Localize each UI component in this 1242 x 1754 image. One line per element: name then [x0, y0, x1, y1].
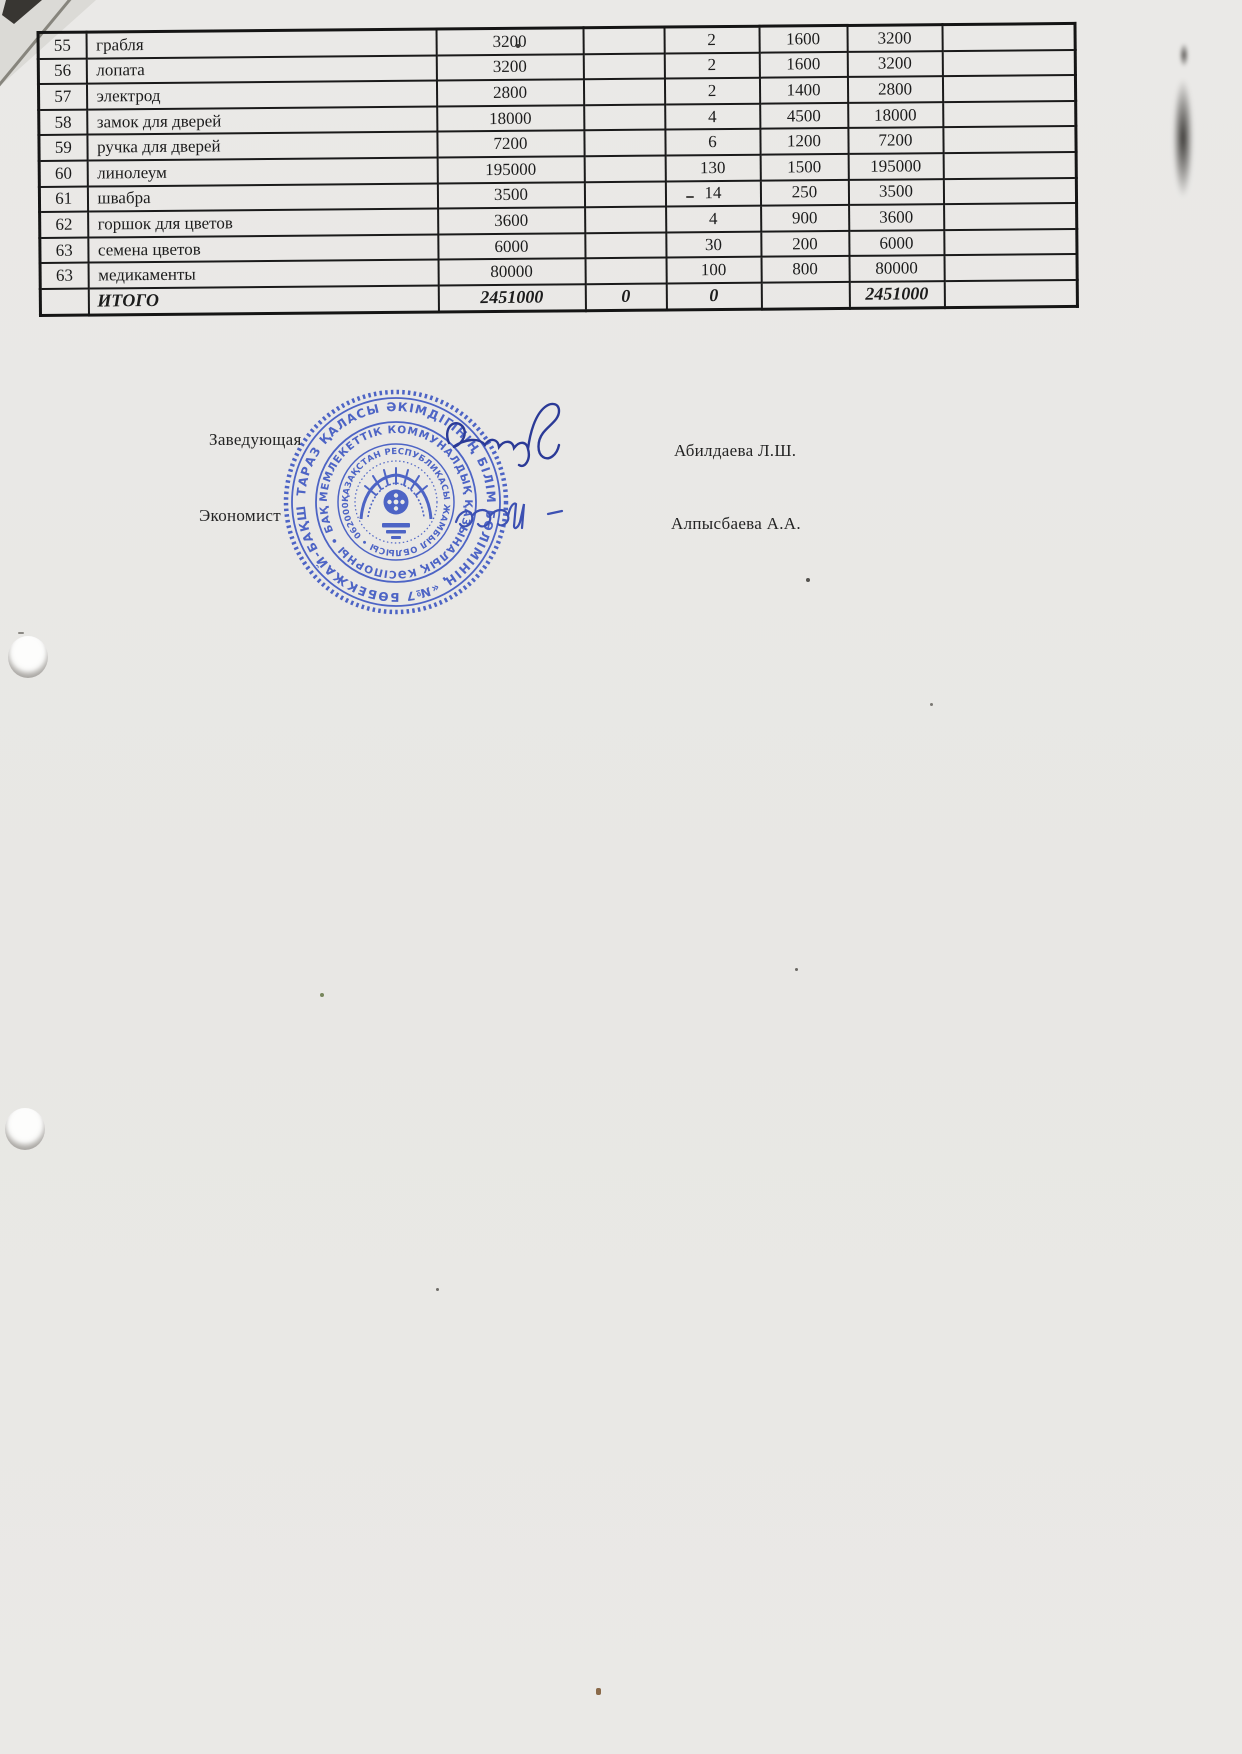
- cell-qty: 130: [665, 155, 760, 181]
- cell-total: 3200: [847, 25, 942, 52]
- cell-total: 18000: [848, 102, 943, 128]
- cell-last: [942, 75, 1075, 102]
- cell-sum: 3200: [436, 28, 583, 55]
- cell-total: 3200: [847, 51, 942, 77]
- cell-name: электрод: [86, 81, 436, 110]
- signer-name-economist: Алпысбаева А.А.: [671, 514, 801, 534]
- scan-speck: [795, 968, 798, 971]
- cell-num: 58: [39, 109, 87, 135]
- cell-num: 63: [40, 237, 88, 263]
- cell-num: 59: [39, 135, 87, 161]
- cell-last: [943, 178, 1076, 205]
- scan-speck: [806, 578, 810, 582]
- cell-blank: [585, 207, 666, 233]
- cell-name: семена цветов: [88, 234, 438, 263]
- cell-qty: 2: [664, 26, 759, 53]
- footer-cell-total: 2451000: [849, 281, 944, 308]
- cell-last: [943, 126, 1076, 153]
- cell-name: лопата: [86, 55, 436, 84]
- scanned-page: 55грабля320021600320056лопата32002160032…: [0, 0, 1242, 1754]
- scan-speck: [596, 1688, 601, 1695]
- cell-qty: 4: [665, 103, 760, 129]
- punch-hole-bottom: [5, 1108, 45, 1150]
- cell-price: 800: [761, 256, 849, 282]
- cell-blank: [584, 104, 665, 130]
- cell-last: [944, 203, 1077, 230]
- stamp-emblem: [361, 468, 431, 539]
- cell-num: 55: [38, 32, 86, 59]
- cell-name: замок для дверей: [87, 106, 437, 135]
- cell-blank: [585, 258, 666, 284]
- cell-last: [943, 101, 1076, 128]
- scan-speck: [436, 1288, 439, 1291]
- cell-sum: 3500: [437, 182, 584, 209]
- scan-speck: [686, 196, 694, 198]
- cell-qty: 100: [666, 257, 761, 283]
- inventory-table: 55грабля320021600320056лопата32002160032…: [37, 22, 1079, 317]
- cell-qty: 2: [664, 78, 759, 104]
- cell-blank: [584, 181, 665, 207]
- cell-blank: [584, 155, 665, 181]
- cell-price: 1600: [759, 52, 847, 78]
- footer-label: ИТОГО: [88, 285, 438, 314]
- footer-cell-last: [944, 280, 1077, 307]
- cell-sum: 6000: [438, 233, 585, 260]
- signature-economist: [448, 482, 570, 540]
- cell-last: [944, 229, 1077, 256]
- cell-price: 900: [761, 205, 849, 231]
- cell-total: 2800: [847, 76, 942, 102]
- footer-cell-price: [761, 282, 849, 309]
- cell-price: 250: [760, 179, 848, 205]
- cell-sum: 3600: [438, 207, 585, 234]
- cell-total: 195000: [848, 153, 943, 179]
- cell-blank: [583, 53, 664, 79]
- cell-num: 62: [40, 212, 88, 238]
- signer-name-head: Абилдаева Л.Ш.: [674, 441, 796, 461]
- cell-name: медикаменты: [88, 260, 438, 289]
- cell-price: 1500: [760, 154, 848, 180]
- signer-title-economist: Экономист: [199, 506, 281, 526]
- cell-sum: 2800: [436, 79, 583, 106]
- signature-head: [435, 393, 587, 481]
- cell-qty: 14: [665, 180, 760, 206]
- cell-last: [942, 50, 1075, 77]
- cell-name: швабра: [87, 183, 437, 212]
- cell-name: горшок для цветов: [88, 209, 438, 238]
- cell-last: [943, 152, 1076, 179]
- footer-cell-sum: 2451000: [438, 284, 585, 311]
- cell-num: 57: [38, 84, 86, 110]
- cell-num: 63: [40, 263, 88, 289]
- cell-price: 200: [761, 231, 849, 257]
- cell-qty: 6: [665, 129, 760, 155]
- cell-num: 56: [38, 58, 86, 84]
- punch-hole-top: [8, 636, 48, 678]
- cell-total: 3600: [849, 204, 944, 230]
- cell-last: [942, 23, 1075, 50]
- cell-total: 7200: [848, 127, 943, 153]
- cell-last: [944, 254, 1077, 281]
- cell-price: 1200: [760, 128, 848, 154]
- cell-blank: [584, 130, 665, 156]
- cell-qty: 2: [664, 52, 759, 78]
- cell-name: линолеум: [87, 157, 437, 186]
- scan-speck: [930, 703, 933, 706]
- cell-sum: 80000: [438, 259, 585, 286]
- cell-price: 1400: [759, 77, 847, 103]
- cell-total: 3500: [848, 179, 943, 205]
- cell-blank: [583, 79, 664, 105]
- cell-price: 1600: [759, 25, 847, 52]
- cell-sum: 195000: [437, 156, 584, 183]
- cell-name: грабля: [86, 29, 436, 58]
- scan-speck: [516, 44, 520, 48]
- cell-sum: 7200: [437, 131, 584, 158]
- cell-num: 60: [39, 161, 87, 187]
- cell-qty: 30: [666, 231, 761, 257]
- cell-num: 61: [39, 186, 87, 212]
- footer-cell-num: [40, 289, 88, 316]
- footer-cell-qty: 0: [666, 283, 761, 310]
- cell-total: 80000: [849, 255, 944, 281]
- scan-smudge: [1170, 62, 1196, 214]
- cell-price: 4500: [760, 103, 848, 129]
- scan-speck: [18, 632, 24, 634]
- cell-qty: 4: [666, 206, 761, 232]
- cell-sum: 18000: [437, 105, 584, 132]
- cell-blank: [583, 27, 664, 54]
- cell-name: ручка для дверей: [87, 132, 437, 161]
- cell-sum: 3200: [436, 54, 583, 81]
- inventory-table-wrapper: 55грабля320021600320056лопата32002160032…: [37, 22, 1079, 317]
- cell-blank: [585, 232, 666, 258]
- cell-total: 6000: [849, 230, 944, 256]
- footer-cell-extra: 0: [585, 283, 666, 310]
- scan-speck: [320, 993, 324, 997]
